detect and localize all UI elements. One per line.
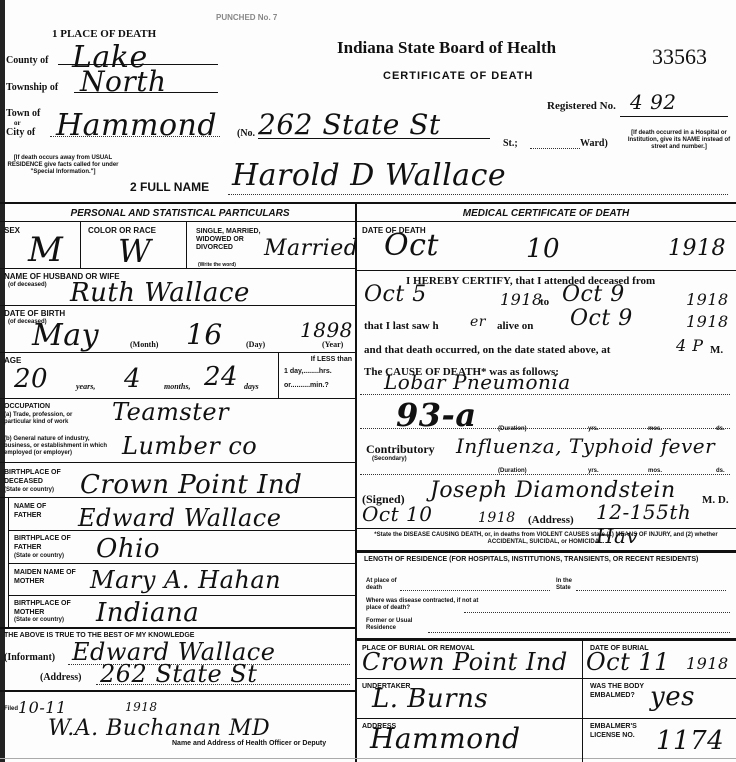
dob-year: 1898 <box>300 318 353 342</box>
age-days: 24 <box>204 362 238 392</box>
filed-year: 1918 <box>125 700 158 714</box>
mother-birthplace-value: Indiana <box>96 598 199 628</box>
last-saw-year: 1918 <box>686 312 729 331</box>
health-officer-value: W.A. Buchanan MD <box>48 716 270 741</box>
or-label: or <box>14 119 21 127</box>
attended-from: Oct 5 <box>364 282 427 307</box>
dod-year: 1918 <box>668 236 726 261</box>
license-value: 1174 <box>656 726 724 756</box>
signed-year: 1918 <box>478 510 516 526</box>
dob-month-label: (Month) <box>130 340 158 349</box>
occurred-text: and that death occurred, on the date sta… <box>364 344 610 356</box>
contributory-label: Contributory <box>366 442 435 457</box>
embalmed-value: yes <box>650 682 695 712</box>
yrs-label-2: yrs. <box>588 468 599 475</box>
last-saw-date: Oct 9 <box>570 306 633 331</box>
sex-label: SEX <box>4 226 20 235</box>
certificate-title: CERTIFICATE OF DEATH <box>383 70 533 82</box>
registered-no-value: 4 92 <box>630 90 677 114</box>
burial-year: 1918 <box>686 654 729 673</box>
father-value: Edward Wallace <box>78 504 281 532</box>
undertaker-value: L. Burns <box>372 684 488 714</box>
contracted-label: Where was disease contracted, if not at … <box>366 598 486 612</box>
months-label: months, <box>164 382 190 391</box>
mother-birthplace-note: (State or country) <box>14 617 64 624</box>
secondary-label: (Secondary) <box>372 456 407 463</box>
physician-address-label: (Address) <box>528 514 574 526</box>
certificate-number: 33563 <box>652 44 707 70</box>
mos-label-2: mos. <box>648 468 662 475</box>
personal-heading: PERSONAL AND STATISTICAL PARTICULARS <box>10 208 350 219</box>
town-label: Town of <box>6 108 40 119</box>
filed-label: Filed <box>4 706 18 713</box>
signed-date: Oct 10 <box>362 502 432 526</box>
duration-label-2: (Duration) <box>498 468 527 475</box>
dob-day: 16 <box>186 318 223 351</box>
m-label: M. <box>710 344 723 356</box>
dob-year-label: (Year) <box>322 340 343 349</box>
county-label: County of <box>6 55 49 66</box>
ward-label: Ward) <box>580 138 608 149</box>
industry-value: Lumber co <box>122 432 257 460</box>
father-birthplace-note: (State or country) <box>14 553 64 560</box>
occupation-label: OCCUPATION <box>4 402 50 411</box>
father-birthplace-value: Ohio <box>96 534 160 564</box>
father-label: NAME OF FATHER <box>14 502 74 520</box>
death-certificate: PUNCHED No. 7 Indiana State Board of Hea… <box>0 0 736 762</box>
cause-value: Lobar Pneumonia <box>384 370 571 394</box>
dod-day: 10 <box>526 234 560 264</box>
occupation-value: Teamster <box>112 398 229 426</box>
age-months: 4 <box>124 364 141 394</box>
attended-to-year: 1918 <box>686 290 729 309</box>
race-value: W <box>118 232 151 270</box>
spouse-value: Ruth Wallace <box>70 278 250 308</box>
attended-from-year: 1918 <box>500 290 543 309</box>
hospital-note: [If death occurred in a Hospital or Inst… <box>626 130 732 151</box>
alive-on-label: alive on <box>497 320 533 332</box>
mother-value: Mary A. Hahan <box>90 566 281 594</box>
father-birthplace-label: BIRTHPLACE OF FATHER <box>14 534 90 552</box>
medical-heading: MEDICAL CERTIFICATE OF DEATH <box>362 208 730 219</box>
spouse-note: (of deceased) <box>8 282 47 289</box>
years-label: years, <box>76 382 95 391</box>
township-label: Township of <box>6 82 58 93</box>
yrs-label-1: yrs. <box>588 426 599 433</box>
duration-label-1: (Duration) <box>498 426 527 433</box>
board-title: Indiana State Board of Health <box>337 38 556 58</box>
sex-value: M <box>28 230 63 270</box>
less-than-label: If LESS than <box>290 356 352 363</box>
footnote: *State the DISEASE CAUSING DEATH, or, in… <box>366 532 726 546</box>
st-label: St.; <box>503 138 518 149</box>
filed-date: 10-11 <box>18 698 67 717</box>
days-label: days <box>244 382 259 391</box>
township-value: North <box>80 65 167 98</box>
age-years: 20 <box>14 364 48 394</box>
time-value: 4 P <box>676 336 704 355</box>
residence-note: [If death occurs away from USUAL RESIDEN… <box>6 155 120 176</box>
to-label: to <box>540 296 549 308</box>
license-label: EMBALMER'S LICENSE No. <box>590 722 660 740</box>
residence-heading: LENGTH OF RESIDENCE (FOR HOSPITALS, INST… <box>364 556 730 563</box>
street-no-label: (No. <box>237 128 255 139</box>
one-day-label: 1 day,........hrs. <box>284 368 332 375</box>
marital-label: SINGLE, MARRIED, WIDOWED OR DIVORCED <box>196 228 262 252</box>
marital-value: Married <box>264 236 358 261</box>
mos-label-1: mos. <box>648 426 662 433</box>
informant-label: (Informant) <box>4 652 55 663</box>
attended-to: Oct 9 <box>562 282 625 307</box>
last-saw-her: er <box>470 314 486 330</box>
scan-edge <box>0 0 5 762</box>
burial-address-value: Hammond <box>370 722 521 755</box>
birthplace-value: Crown Point Ind <box>80 470 302 500</box>
full-name-value: Harold D Wallace <box>232 158 506 193</box>
contributory-value: Influenza, Typhoid fever <box>456 434 715 458</box>
mother-label: MAIDEN NAME OF MOTHER <box>14 568 90 586</box>
punched-stamp: PUNCHED No. 7 <box>216 14 277 21</box>
burial-place-value: Crown Point Ind <box>362 648 568 676</box>
birthplace-label: BIRTHPLACE OF DECEASED <box>4 468 74 486</box>
former-residence-label: Former or Usual Residence <box>366 618 426 632</box>
place-of-death-heading: 1 PLACE OF DEATH <box>52 28 156 40</box>
city-value: Hammond <box>56 108 217 143</box>
occ-a-label: (a) Trade, profession, or particular kin… <box>4 412 94 426</box>
street-value: 262 State St <box>258 108 441 141</box>
last-saw-text: that I last saw h <box>364 320 439 332</box>
ds-label-1: ds. <box>716 426 725 433</box>
or-min-label: or..........min.? <box>284 382 329 389</box>
burial-date-value: Oct 11 <box>586 648 670 676</box>
ds-label-2: ds. <box>716 468 725 475</box>
mother-birthplace-label: BIRTHPLACE OF MOTHER <box>14 599 90 617</box>
informant-address-label: (Address) <box>40 672 81 683</box>
dob-day-label: (Day) <box>246 340 265 349</box>
dod-month: Oct <box>384 228 439 263</box>
city-label: City of <box>6 127 35 138</box>
full-name-label: 2 FULL NAME <box>130 180 209 194</box>
occ-b-label: (b) General nature of industry, business… <box>4 436 118 457</box>
health-officer-label: Name and Address of Health Officer or De… <box>172 740 326 747</box>
dob-label: DATE OF BIRTH <box>4 309 65 318</box>
birthplace-note: (State or country) <box>4 487 54 494</box>
registered-no-label: Registered No. <box>547 100 616 112</box>
dob-month: May <box>32 318 99 353</box>
